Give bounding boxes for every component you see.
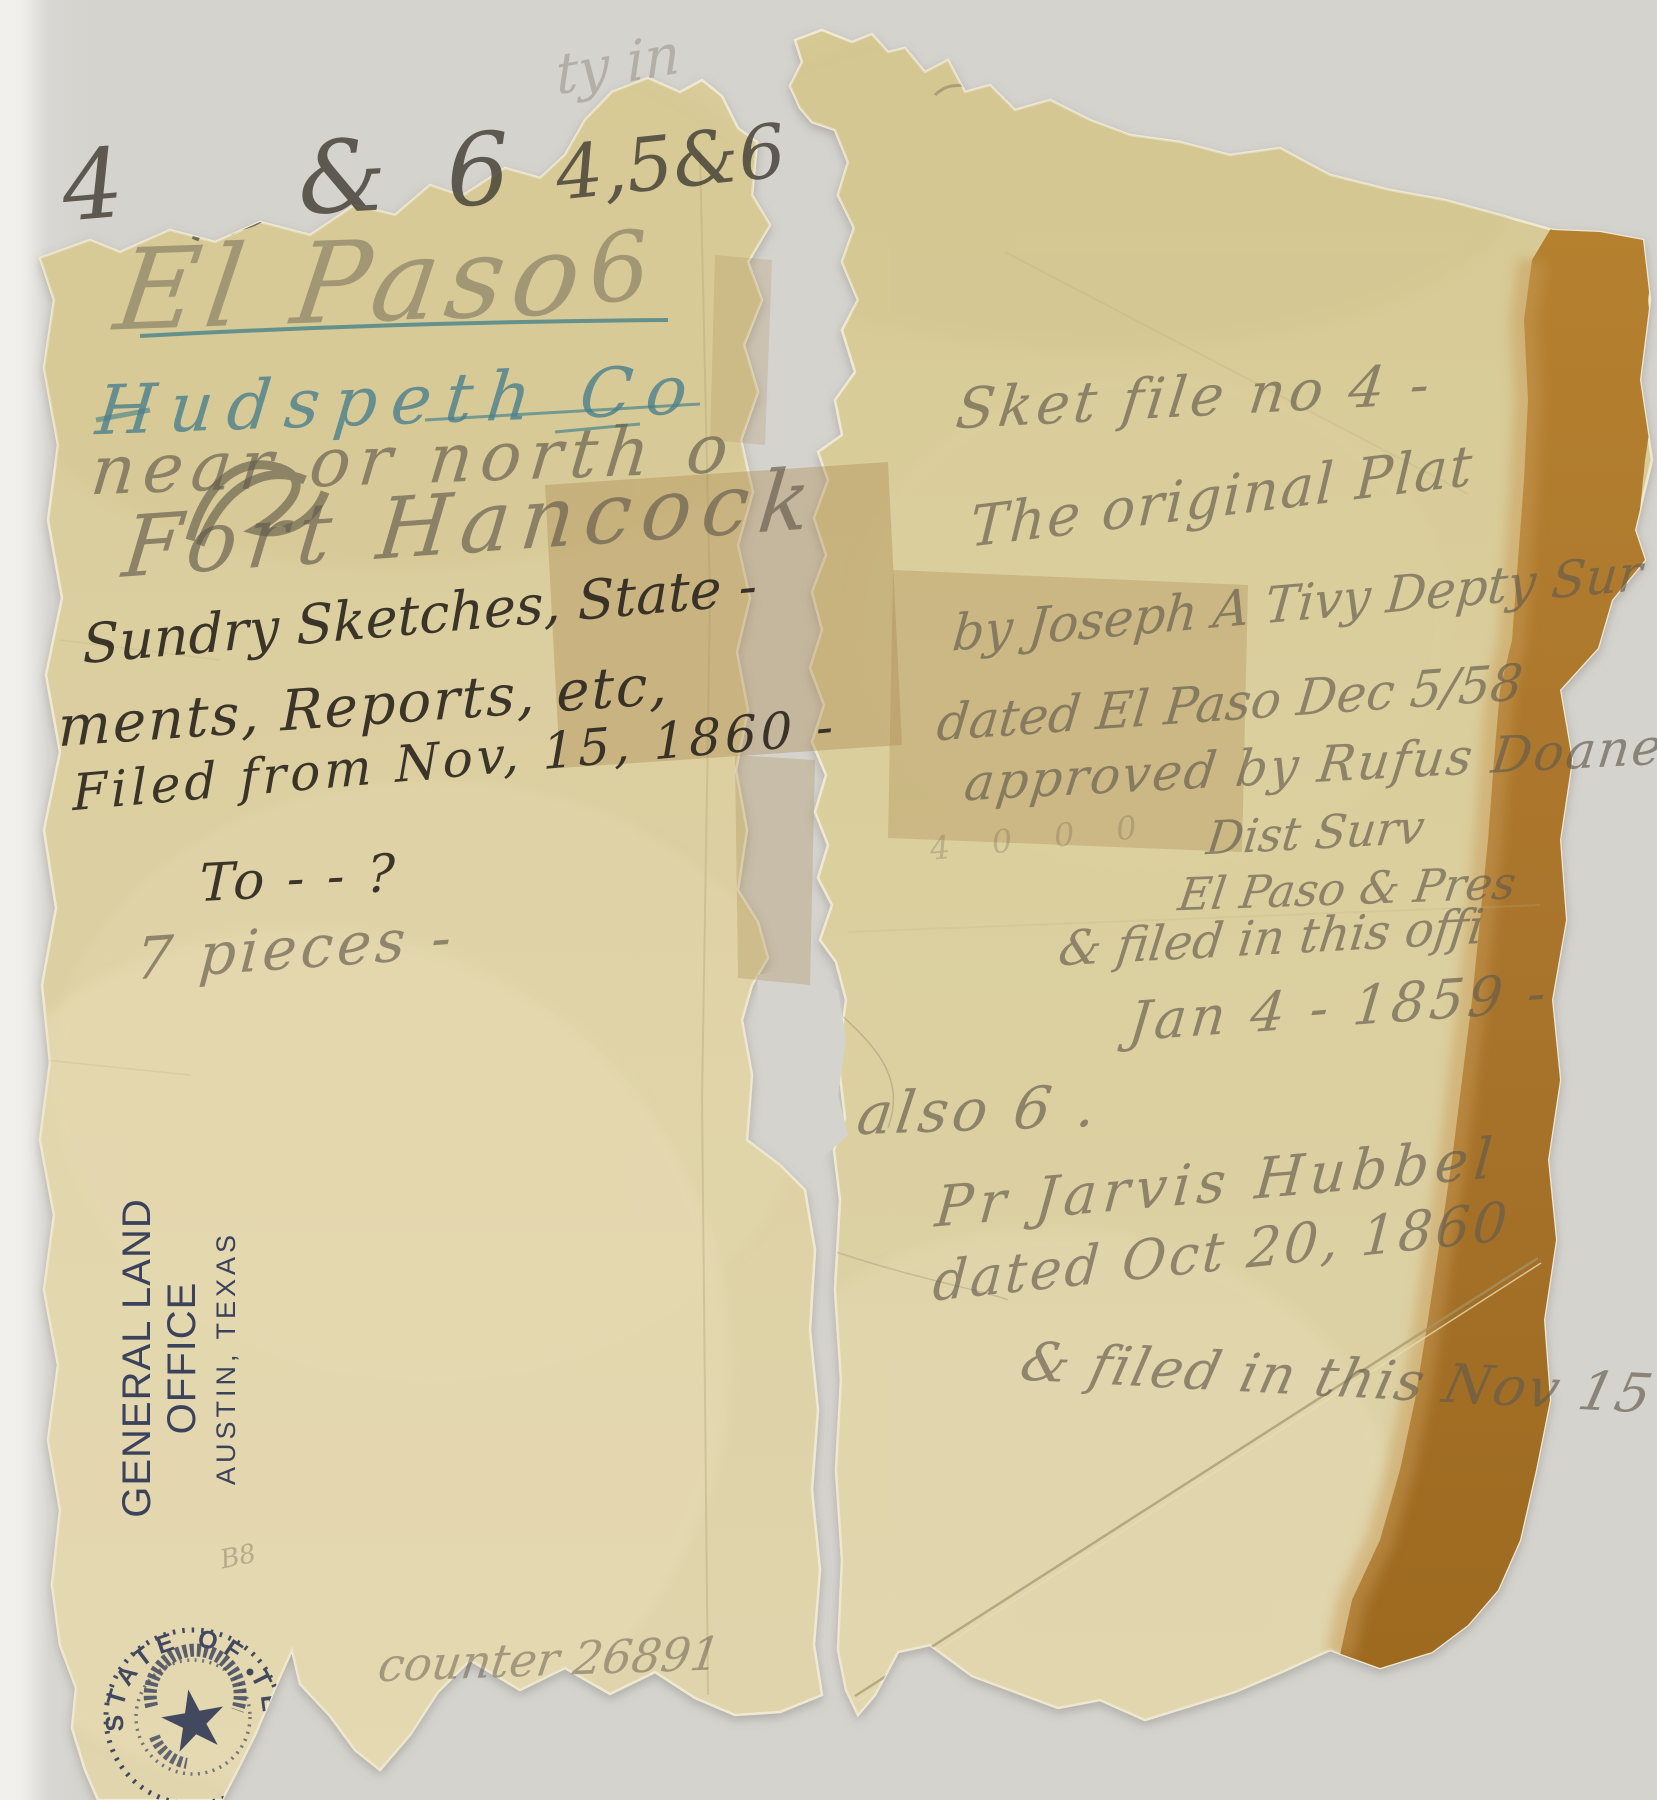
- paper-shade: [680, 10, 1520, 350]
- tape-patch: [735, 755, 815, 985]
- el-paso-crossed-out: El Paso: [109, 219, 596, 348]
- title-line-4: To - - ?: [199, 848, 398, 911]
- counter-number-note: counter 26891: [375, 1630, 723, 1688]
- file-number-4: 4: [58, 135, 127, 236]
- file-numbers-rewritten: 4,5&6: [552, 114, 789, 212]
- stamp-office-line: GENERAL LAND OFFICE: [115, 1118, 205, 1598]
- stamp-city-line: AUSTIN, TEXAS: [211, 1118, 242, 1598]
- tear-hole: [757, 968, 848, 1160]
- pencil-mark-b8: B8: [218, 1541, 258, 1574]
- el-paso-number-6: 6: [585, 218, 653, 318]
- dist-surv-note: Dist Surv: [1204, 804, 1427, 862]
- general-land-office-stamp: GENERAL LAND OFFICE AUSTIN, TEXAS: [115, 1118, 225, 1598]
- also-6-note: also 6 .: [854, 1077, 1104, 1144]
- scanned-document: STATE OF TEXAS: [0, 0, 1657, 1800]
